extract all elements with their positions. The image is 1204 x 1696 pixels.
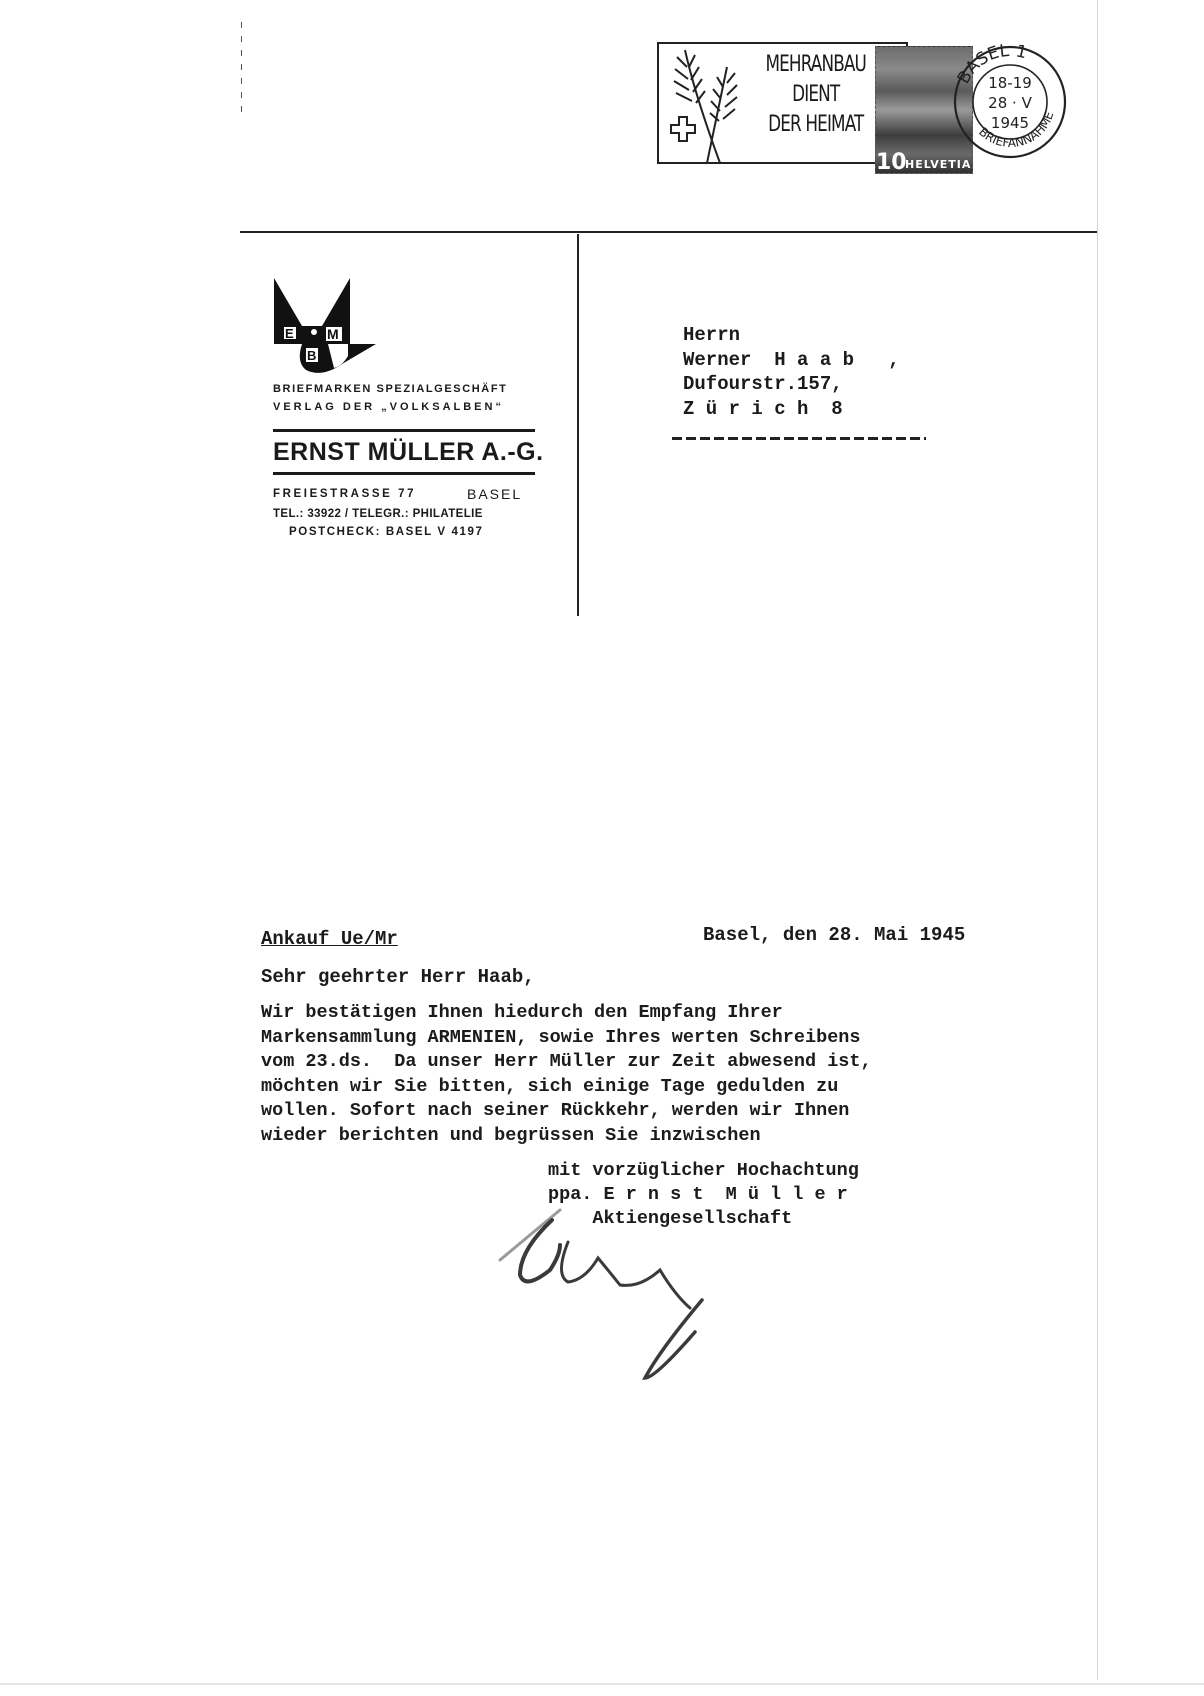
company-phone: TEL.: 33922 / TELEGR.: PHILATELIE (273, 508, 483, 520)
body-line: wieder berichten und begrüssen Sie inzwi… (261, 1125, 761, 1146)
company-logo-icon: E M B (272, 278, 382, 378)
reference-line: Ankauf Ue/Mr (261, 928, 398, 950)
postmark-icon: BASEL 1 BRIEFANNAHME 18-19 28 · V 1945 (950, 40, 1070, 165)
company-name: ERNST MÜLLER A.-G. (273, 438, 544, 467)
recipient-street: Dufourstr.157, (683, 373, 843, 395)
closing-line: mit vorzüglicher Hochachtung (548, 1160, 859, 1181)
page-edge (1097, 0, 1098, 1680)
body-line: Markensammlung ARMENIEN, sowie Ihres wer… (261, 1027, 861, 1048)
letterhead-rule (273, 429, 535, 432)
company-city: BASEL (467, 486, 522, 502)
recipient-name: Werner H a a b , (683, 349, 900, 371)
slogan-line: DIENT (752, 80, 880, 110)
handwritten-signature-icon (490, 1200, 730, 1390)
letterhead-publisher: VERLAG DER „VOLKSALBEN“ (273, 401, 504, 413)
letter-date: Basel, den 28. Mai 1945 (703, 924, 965, 946)
body-line: vom 23.ds. Da unser Herr Müller zur Zeit… (261, 1051, 872, 1072)
slogan-cancel-text: MEHRANBAU DIENT DER HEIMAT (752, 50, 880, 140)
letterhead-divider (577, 234, 579, 616)
wheat-swiss-cross-icon (665, 45, 755, 165)
body-line: möchten wir Sie bitten, sich einige Tage… (261, 1076, 838, 1097)
postmark-date: 28 · V (988, 94, 1032, 112)
recipient-salutation: Herrn (683, 324, 740, 346)
slogan-line: MEHRANBAU (752, 50, 880, 80)
logo-letter-m: M (327, 326, 339, 342)
body-line: wollen. Sofort nach seiner Rückkehr, wer… (261, 1100, 849, 1121)
slogan-line: DER HEIMAT (752, 110, 880, 140)
greeting: Sehr geehrter Herr Haab, (261, 966, 535, 988)
address-underline (672, 437, 926, 440)
letterhead-tagline: BRIEFMARKEN SPEZIALGESCHÄFT (273, 383, 507, 395)
company-postcheck: POSTCHECK: BASEL V 4197 (289, 526, 483, 538)
envelope-window-rule (240, 231, 1097, 233)
page-edge (0, 1683, 1204, 1685)
logo-letter-e: E (285, 326, 294, 341)
body-line: Wir bestätigen Ihnen hiedurch den Empfan… (261, 1002, 783, 1023)
company-street: FREIESTRASSE 77 (273, 488, 416, 500)
postmark-time: 18-19 (988, 74, 1032, 92)
fold-mark (241, 22, 242, 112)
recipient-city: Z ü r i c h 8 (683, 398, 843, 420)
letterhead-rule (273, 472, 535, 475)
postmark-year: 1945 (991, 114, 1029, 132)
stamp-denomination: 10 (876, 150, 907, 175)
logo-letter-b: B (307, 348, 316, 363)
